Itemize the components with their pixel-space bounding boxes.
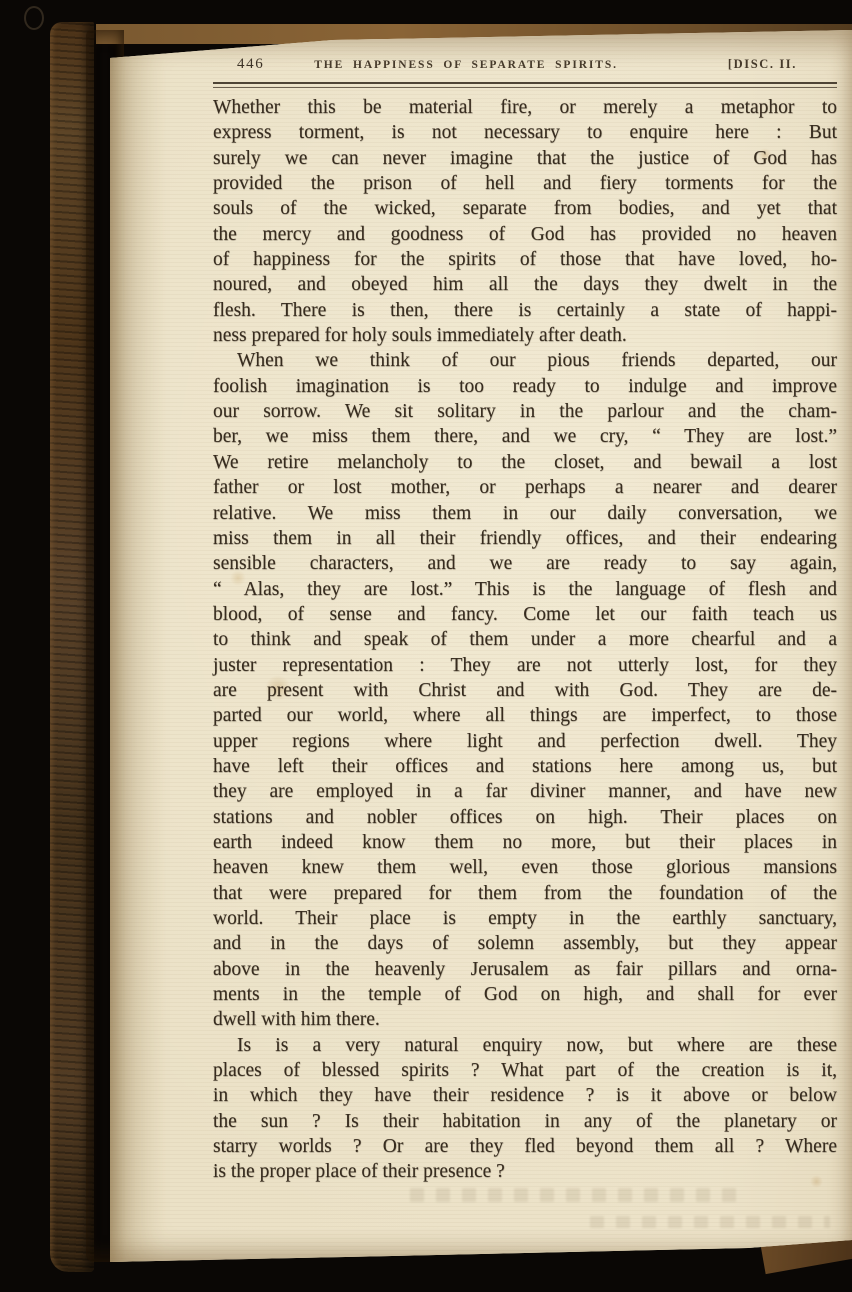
text-line: heaven knew them well, even those glorio… bbox=[213, 855, 837, 880]
text-line: relative. We miss them in our daily conv… bbox=[213, 501, 837, 526]
book-page: 446 THE HAPPINESS OF SEPARATE SPIRITS. [… bbox=[110, 30, 852, 1264]
text-line: world. Their place is empty in the earth… bbox=[213, 906, 837, 931]
text-line: are present with Christ and with God. Th… bbox=[213, 678, 837, 703]
running-title: THE HAPPINESS OF SEPARATE SPIRITS. bbox=[234, 59, 698, 71]
text-line: to think and speak of them under a more … bbox=[213, 627, 837, 652]
show-through-text bbox=[590, 1216, 830, 1228]
text-line: “ Alas, they are lost.” This is the lang… bbox=[213, 577, 837, 602]
text-line: of happiness for the spirits of those th… bbox=[213, 247, 837, 272]
text-line: sensible characters, and we are ready to… bbox=[213, 551, 837, 576]
text-line: upper regions where light and perfection… bbox=[213, 729, 837, 754]
page-content: 446 THE HAPPINESS OF SEPARATE SPIRITS. [… bbox=[213, 56, 837, 1185]
page-header: 446 THE HAPPINESS OF SEPARATE SPIRITS. [… bbox=[213, 56, 837, 73]
text-line: Whether this be material fire, or merely… bbox=[213, 95, 837, 120]
text-line: earth indeed know them no more, but thei… bbox=[213, 830, 837, 855]
text-line: provided the prison of hell and fiery to… bbox=[213, 171, 837, 196]
scanner-ring-mark bbox=[24, 6, 44, 30]
text-line: the sun ? Is their habitation in any of … bbox=[213, 1109, 837, 1134]
text-line: that were prepared for them from the fou… bbox=[213, 881, 837, 906]
text-line: souls of the wicked, separate from bodie… bbox=[213, 196, 837, 221]
text-line: and in the days of solemn assembly, but … bbox=[213, 931, 837, 956]
text-line: ments in the temple of God on high, and … bbox=[213, 982, 837, 1007]
text-line: above in the heavenly Jerusalem as fair … bbox=[213, 957, 837, 982]
text-line: starry worlds ? Or are they fled beyond … bbox=[213, 1134, 837, 1159]
text-line: Is is a very natural enquiry now, but wh… bbox=[213, 1033, 837, 1058]
text-line: blood, of sense and fancy. Come let our … bbox=[213, 602, 837, 627]
show-through-text bbox=[410, 1188, 740, 1202]
header-double-rule bbox=[213, 82, 837, 88]
book-scan: 446 THE HAPPINESS OF SEPARATE SPIRITS. [… bbox=[0, 0, 852, 1292]
text-line: express torment, is not necessary to enq… bbox=[213, 120, 837, 145]
text-line: places of blessed spirits ? What part of… bbox=[213, 1058, 837, 1083]
foxing-spot bbox=[670, 1248, 688, 1266]
text-line: the mercy and goodness of God has provid… bbox=[213, 222, 837, 247]
text-line: dwell with him there. bbox=[213, 1007, 837, 1032]
text-line: father or lost mother, or perhaps a near… bbox=[213, 475, 837, 500]
text-line: ness prepared for holy souls immediately… bbox=[213, 323, 837, 348]
text-line: they are employed in a far diviner manne… bbox=[213, 779, 837, 804]
text-line: foolish imagination is too ready to indu… bbox=[213, 374, 837, 399]
text-line: juster representation : They are not utt… bbox=[213, 653, 837, 678]
text-line: in which they have their residence ? is … bbox=[213, 1083, 837, 1108]
text-line: ber, we miss them there, and we cry, “ T… bbox=[213, 424, 837, 449]
text-line: have left their offices and stations her… bbox=[213, 754, 837, 779]
text-line: parted our world, where all things are i… bbox=[213, 703, 837, 728]
text-line: surely we can never imagine that the jus… bbox=[213, 146, 837, 171]
text-line: miss them in all their friendly offices,… bbox=[213, 526, 837, 551]
text-line: our sorrow. We sit solitary in the parlo… bbox=[213, 399, 837, 424]
text-line: flesh. There is then, there is certainly… bbox=[213, 298, 837, 323]
text-line: is the proper place of their presence ? bbox=[213, 1159, 837, 1184]
text-line: When we think of our pious friends depar… bbox=[213, 348, 837, 373]
text-line: noured, and obeyed him all the days they… bbox=[213, 272, 837, 297]
text-line: stations and nobler offices on high. The… bbox=[213, 805, 837, 830]
page-body-text: Whether this be material fire, or merely… bbox=[213, 95, 837, 1185]
text-line: We retire melancholy to the closet, and … bbox=[213, 450, 837, 475]
section-label: [DISC. II. bbox=[728, 57, 797, 72]
